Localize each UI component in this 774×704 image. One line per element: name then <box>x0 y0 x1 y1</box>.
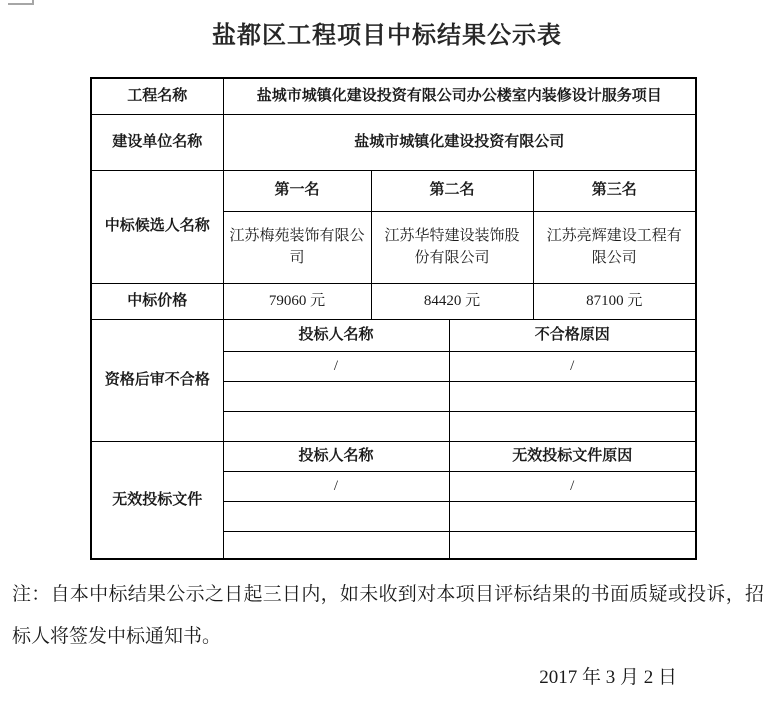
unqualified-bidder-header: 投标人名称 <box>223 319 449 351</box>
candidate-1: 江苏梅苑装饰有限公司 <box>223 211 371 283</box>
price-3: 87100 元 <box>533 283 696 319</box>
unqualified-label: 资格后审不合格 <box>91 319 223 441</box>
project-name-value: 盐城市城镇化建设投资有限公司办公楼室内装修设计服务项目 <box>223 78 696 114</box>
price-2: 84420 元 <box>371 283 533 319</box>
rank-header-2: 第二名 <box>371 170 533 211</box>
announcement-date: 2017 年 3 月 2 日 <box>539 662 677 689</box>
price-1: 79060 元 <box>223 283 371 319</box>
project-name-label: 工程名称 <box>91 78 223 114</box>
unqualified-reason-cell <box>449 381 696 411</box>
invalid-bidder-header: 投标人名称 <box>223 441 449 471</box>
unqualified-reason-cell: / <box>449 351 696 381</box>
invalid-label: 无效投标文件 <box>91 441 223 559</box>
price-label: 中标价格 <box>91 283 223 319</box>
invalid-bidder-cell <box>223 531 449 559</box>
page-title: 盐都区工程项目中标结果公示表 <box>0 15 774 50</box>
invalid-bidder-cell <box>223 501 449 531</box>
invalid-reason-cell <box>449 501 696 531</box>
client-value: 盐城市城镇化建设投资有限公司 <box>223 114 696 170</box>
table-row: 中标候选人名称 第一名 第二名 第三名 <box>91 170 696 211</box>
unqualified-reason-header: 不合格原因 <box>449 319 696 351</box>
table-row: 资格后审不合格 投标人名称 不合格原因 <box>91 319 696 351</box>
rank-header-3: 第三名 <box>533 170 696 211</box>
unqualified-bidder-cell <box>223 411 449 441</box>
invalid-reason-cell: / <box>449 471 696 501</box>
top-left-border-artifact <box>8 0 34 5</box>
table-row: 工程名称 盐城市城镇化建设投资有限公司办公楼室内装修设计服务项目 <box>91 78 696 114</box>
invalid-reason-cell <box>449 531 696 559</box>
candidate-3: 江苏亮辉建设工程有限公司 <box>533 211 696 283</box>
unqualified-bidder-cell <box>223 381 449 411</box>
invalid-reason-header: 无效投标文件原因 <box>449 441 696 471</box>
unqualified-reason-cell <box>449 411 696 441</box>
invalid-bidder-cell: / <box>223 471 449 501</box>
table-row: 建设单位名称 盐城市城镇化建设投资有限公司 <box>91 114 696 170</box>
bid-results-table: 工程名称 盐城市城镇化建设投资有限公司办公楼室内装修设计服务项目 建设单位名称 … <box>90 77 697 560</box>
unqualified-bidder-cell: / <box>223 351 449 381</box>
candidate-2: 江苏华特建设装饰股份有限公司 <box>371 211 533 283</box>
footer-note: 注：自本中标结果公示之日起三日内，如未收到对本项目评标结果的书面质疑或投诉，招标… <box>12 574 764 658</box>
table-row: 中标价格 79060 元 84420 元 87100 元 <box>91 283 696 319</box>
rank-header-1: 第一名 <box>223 170 371 211</box>
candidates-label: 中标候选人名称 <box>91 170 223 283</box>
table-row: 无效投标文件 投标人名称 无效投标文件原因 <box>91 441 696 471</box>
client-label: 建设单位名称 <box>91 114 223 170</box>
